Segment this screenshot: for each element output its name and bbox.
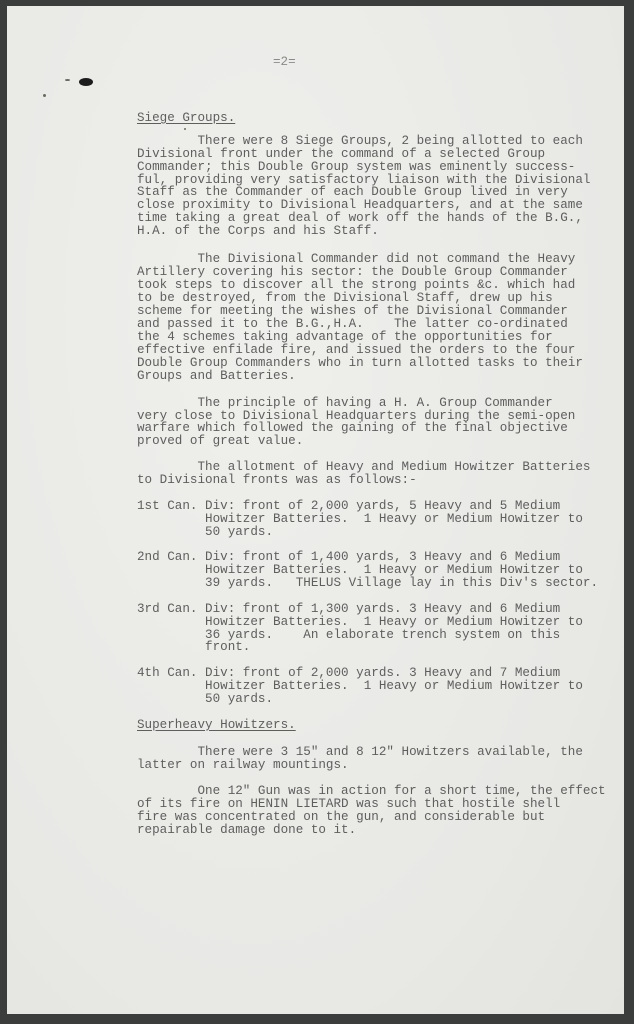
ink-blot xyxy=(79,78,93,86)
text-line: 50 yards. xyxy=(137,526,273,539)
document-page: =2= Siege Groups. There were 8 Siege Gro… xyxy=(7,6,624,1014)
text-line: 50 yards. xyxy=(137,693,273,706)
section-heading-superheavy-howitzers: Superheavy Howitzers. xyxy=(137,719,296,732)
paper-speck xyxy=(65,79,70,81)
text-line: front. xyxy=(137,641,250,654)
paper-speck xyxy=(184,128,186,130)
paper-speck xyxy=(43,94,46,97)
page-number: =2= xyxy=(273,56,296,69)
text-line: H.A. of the Corps and his Staff. xyxy=(137,225,379,238)
text-line: to Divisional fronts was as follows:- xyxy=(137,474,417,487)
text-line: proved of great value. xyxy=(137,435,303,448)
text-line: repairable damage done to it. xyxy=(137,824,356,837)
text-line: latter on railway mountings. xyxy=(137,759,349,772)
text-line: Groups and Batteries. xyxy=(137,370,296,383)
section-heading-siege-groups: Siege Groups. xyxy=(137,112,235,125)
text-line: 39 yards. THELUS Village lay in this Div… xyxy=(137,577,598,590)
